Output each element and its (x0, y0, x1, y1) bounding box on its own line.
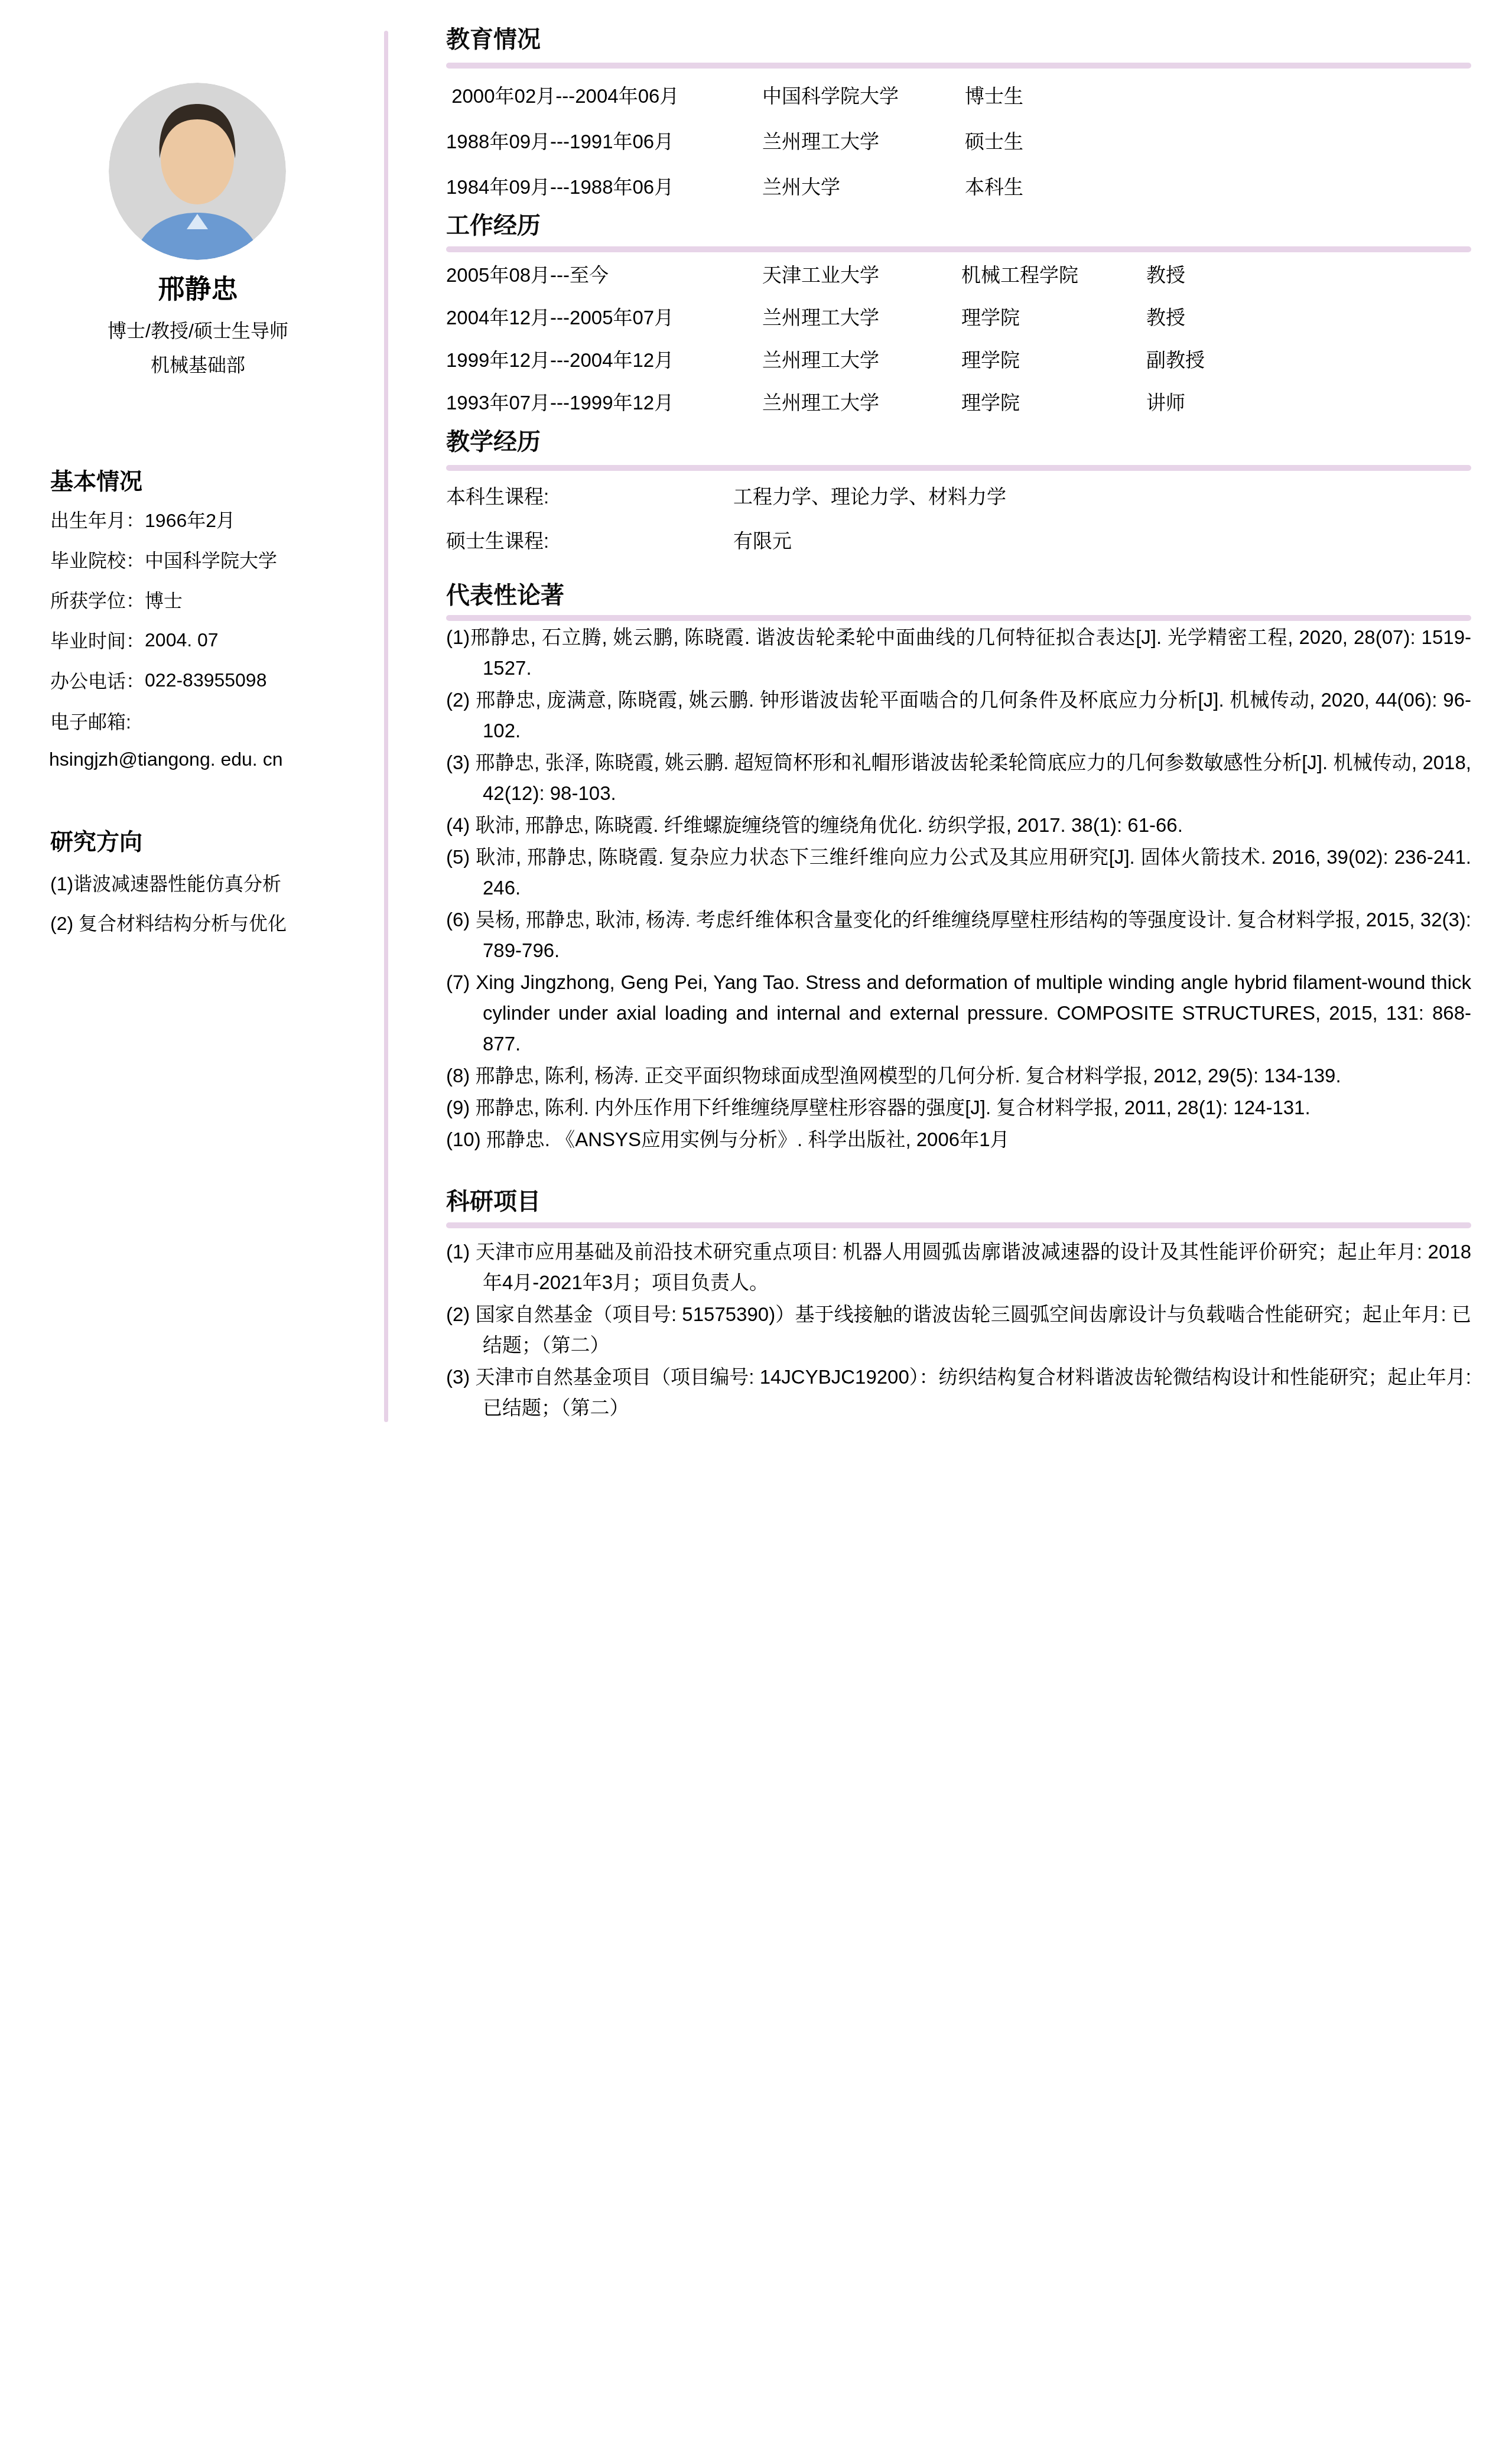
publication-item: (2) 邢静忠, 庞满意, 陈晓霞, 姚云鹏. 钟形谐波齿轮平面啮合的几何条件及… (446, 685, 1471, 746)
work-title: 副教授 (1146, 345, 1471, 373)
publication-item: (8) 邢静忠, 陈利, 杨涛. 正交平面织物球面成型渔网模型的几何分析. 复合… (446, 1061, 1471, 1091)
work-period: 2005年08月---至今 (446, 260, 762, 288)
section-underline (446, 465, 1471, 471)
colon: ： (126, 626, 145, 653)
work-period: 1999年12月---2004年12月 (446, 345, 762, 373)
main-content: 教育情况 2000年02月---2004年06月 中国科学院大学 博士生 198… (446, 0, 1471, 1424)
person-title: 博士/教授/硕士生导师 (12, 318, 384, 344)
person-name: 邢静忠 (12, 273, 384, 306)
teaching-value: 工程力学、理论力学、材料力学 (733, 482, 1471, 509)
work-heading: 工作经历 (446, 212, 1471, 239)
section-underline (446, 615, 1471, 621)
section-education: 教育情况 2000年02月---2004年06月 中国科学院大学 博士生 198… (446, 26, 1471, 209)
publication-item: (1)邢静忠, 石立腾, 姚云鹏, 陈晓霞. 谐波齿轮柔轮中面曲线的几何特征拟合… (446, 622, 1471, 684)
education-rows: 2000年02月---2004年06月 中国科学院大学 博士生 1988年09月… (446, 72, 1471, 209)
education-period: 1988年09月---1991年06月 (446, 126, 762, 154)
person-portrait-icon (109, 83, 286, 260)
education-degree: 本科生 (965, 172, 1471, 200)
basic-info-list: 出生年月：1966年2月 毕业院校：中国科学院大学 所获学位：博士 毕业时间：2… (50, 499, 369, 777)
teaching-rows: 本科生课程: 工程力学、理论力学、材料力学 硕士生课程: 有限元 (446, 473, 1471, 562)
basic-info-value: 中国科学院大学 (145, 546, 277, 573)
publication-item: (9) 邢静忠, 陈利. 内外压作用下纤维缠绕厚壁柱形容器的强度[J]. 复合材… (446, 1092, 1471, 1123)
publication-item: (5) 耿沛, 邢静忠, 陈晓霞. 复杂应力状态下三维纤维向应力公式及其应用研究… (446, 842, 1471, 903)
education-row: 1988年09月---1991年06月 兰州理工大学 硕士生 (446, 118, 1471, 163)
profile-photo (109, 83, 286, 260)
colon: ： (126, 586, 145, 613)
basic-info-row: 所获学位：博士 (50, 580, 369, 620)
work-title: 讲师 (1146, 388, 1471, 415)
research-directions-heading: 研究方向 (50, 827, 142, 858)
work-row: 2005年08月---至今 天津工业大学 机械工程学院 教授 (446, 252, 1471, 295)
basic-info-label: 所获学位 (50, 586, 126, 613)
basic-info-row: 出生年月：1966年2月 (50, 499, 369, 539)
work-row: 1999年12月---2004年12月 兰州理工大学 理学院 副教授 (446, 337, 1471, 380)
basic-info-heading: 基本情况 (50, 467, 142, 497)
work-org: 天津工业大学 (762, 260, 961, 288)
email-value: hsingjzh@tiangong. edu. cn (49, 741, 369, 777)
projects-list: (1) 天津市应用基础及前沿技术研究重点项目: 机器人用圆弧齿廓谐波减速器的设计… (446, 1237, 1471, 1423)
publications-heading: 代表性论著 (446, 582, 1471, 609)
section-work: 工作经历 2005年08月---至今 天津工业大学 机械工程学院 教授 2004… (446, 212, 1471, 422)
work-org: 兰州理工大学 (762, 302, 961, 330)
section-publications: 代表性论著 (1)邢静忠, 石立腾, 姚云鹏, 陈晓霞. 谐波齿轮柔轮中面曲线的… (446, 582, 1471, 1155)
basic-info-row: 办公电话：022-83955098 (50, 660, 369, 700)
work-period: 2004年12月---2005年07月 (446, 302, 762, 330)
education-heading: 教育情况 (446, 26, 1471, 53)
section-projects: 科研项目 (1) 天津市应用基础及前沿技术研究重点项目: 机器人用圆弧齿廓谐波减… (446, 1188, 1471, 1423)
work-dept: 机械工程学院 (961, 260, 1146, 288)
basic-info-label: 出生年月 (50, 506, 126, 533)
person-department: 机械基础部 (12, 352, 384, 378)
email-label: 电子邮箱: (50, 700, 369, 741)
publication-item: (7) Xing Jingzhong, Geng Pei, Yang Tao. … (446, 967, 1471, 1059)
teaching-row: 硕士生课程: 有限元 (446, 518, 1471, 562)
education-school: 中国科学院大学 (762, 81, 965, 109)
basic-info-label: 办公电话 (50, 666, 126, 694)
basic-info-value: 022-83955098 (145, 669, 266, 691)
basic-info-row: 毕业时间：2004. 07 (50, 620, 369, 660)
basic-info-value: 2004. 07 (145, 629, 219, 651)
work-title: 教授 (1146, 260, 1471, 288)
project-item: (1) 天津市应用基础及前沿技术研究重点项目: 机器人用圆弧齿廓谐波减速器的设计… (446, 1237, 1471, 1298)
project-item: (2) 国家自然基金（项目号: 51575390)）基于线接触的谐波齿轮三圆弧空… (446, 1299, 1471, 1361)
work-dept: 理学院 (961, 302, 1146, 330)
research-direction-item: (1)谐波减速器性能仿真分析 (50, 863, 369, 902)
section-underline (446, 63, 1471, 69)
teaching-row: 本科生课程: 工程力学、理论力学、材料力学 (446, 473, 1471, 518)
colon: ： (126, 506, 145, 533)
teaching-value: 有限元 (733, 526, 1471, 554)
teaching-heading: 教学经历 (446, 428, 1471, 456)
work-period: 1993年07月---1999年12月 (446, 388, 762, 415)
work-dept: 理学院 (961, 345, 1146, 373)
sidebar: 邢静忠 博士/教授/硕士生导师 机械基础部 基本情况 出生年月：1966年2月 … (0, 0, 384, 1447)
education-school: 兰州理工大学 (762, 126, 965, 154)
education-period: 1984年09月---1988年06月 (446, 172, 762, 200)
research-directions-list: (1)谐波减速器性能仿真分析 (2) 复合材料结构分析与优化 (50, 863, 369, 942)
publication-item: (4) 耿沛, 邢静忠, 陈晓霞. 纤维螺旋缠绕管的缠绕角优化. 纺织学报, 2… (446, 810, 1471, 841)
basic-info-value: 博士 (145, 586, 183, 613)
vertical-divider (384, 31, 388, 1422)
teaching-label: 硕士生课程: (446, 526, 733, 554)
work-row: 1993年07月---1999年12月 兰州理工大学 理学院 讲师 (446, 380, 1471, 422)
publication-item: (6) 吴杨, 邢静忠, 耿沛, 杨涛. 考虑纤维体积含量变化的纤维缠绕厚壁柱形… (446, 905, 1471, 966)
education-school: 兰州大学 (762, 172, 965, 200)
basic-info-label: 毕业院校 (50, 546, 126, 573)
education-period: 2000年02月---2004年06月 (446, 81, 762, 109)
education-row: 2000年02月---2004年06月 中国科学院大学 博士生 (446, 72, 1471, 118)
work-title: 教授 (1146, 302, 1471, 330)
colon: ： (126, 546, 145, 573)
work-org: 兰州理工大学 (762, 345, 961, 373)
profile-page: 邢静忠 博士/教授/硕士生导师 机械基础部 基本情况 出生年月：1966年2月 … (0, 0, 1512, 2456)
work-rows: 2005年08月---至今 天津工业大学 机械工程学院 教授 2004年12月-… (446, 252, 1471, 422)
basic-info-row: 毕业院校：中国科学院大学 (50, 539, 369, 580)
work-row: 2004年12月---2005年07月 兰州理工大学 理学院 教授 (446, 295, 1471, 337)
education-row: 1984年09月---1988年06月 兰州大学 本科生 (446, 163, 1471, 209)
section-underline (446, 246, 1471, 252)
colon: ： (126, 666, 145, 694)
project-item: (3) 天津市自然基金项目（项目编号: 14JCYBJC19200）：纺织结构复… (446, 1362, 1471, 1423)
basic-info-label: 毕业时间 (50, 626, 126, 653)
work-org: 兰州理工大学 (762, 388, 961, 415)
work-dept: 理学院 (961, 388, 1146, 415)
basic-info-value: 1966年2月 (145, 506, 235, 533)
teaching-label: 本科生课程: (446, 482, 733, 509)
research-direction-item: (2) 复合材料结构分析与优化 (50, 902, 369, 942)
publication-item: (3) 邢静忠, 张泽, 陈晓霞, 姚云鹏. 超短筒杯形和礼帽形谐波齿轮柔轮筒底… (446, 747, 1471, 809)
projects-heading: 科研项目 (446, 1188, 1471, 1215)
section-teaching: 教学经历 本科生课程: 工程力学、理论力学、材料力学 硕士生课程: 有限元 (446, 428, 1471, 562)
education-degree: 博士生 (965, 81, 1471, 109)
publication-item: (10) 邢静忠. 《ANSYS应用实例与分析》. 科学出版社, 2006年1月 (446, 1124, 1471, 1155)
publications-list: (1)邢静忠, 石立腾, 姚云鹏, 陈晓霞. 谐波齿轮柔轮中面曲线的几何特征拟合… (446, 621, 1471, 1155)
section-underline (446, 1222, 1471, 1228)
education-degree: 硕士生 (965, 126, 1471, 154)
